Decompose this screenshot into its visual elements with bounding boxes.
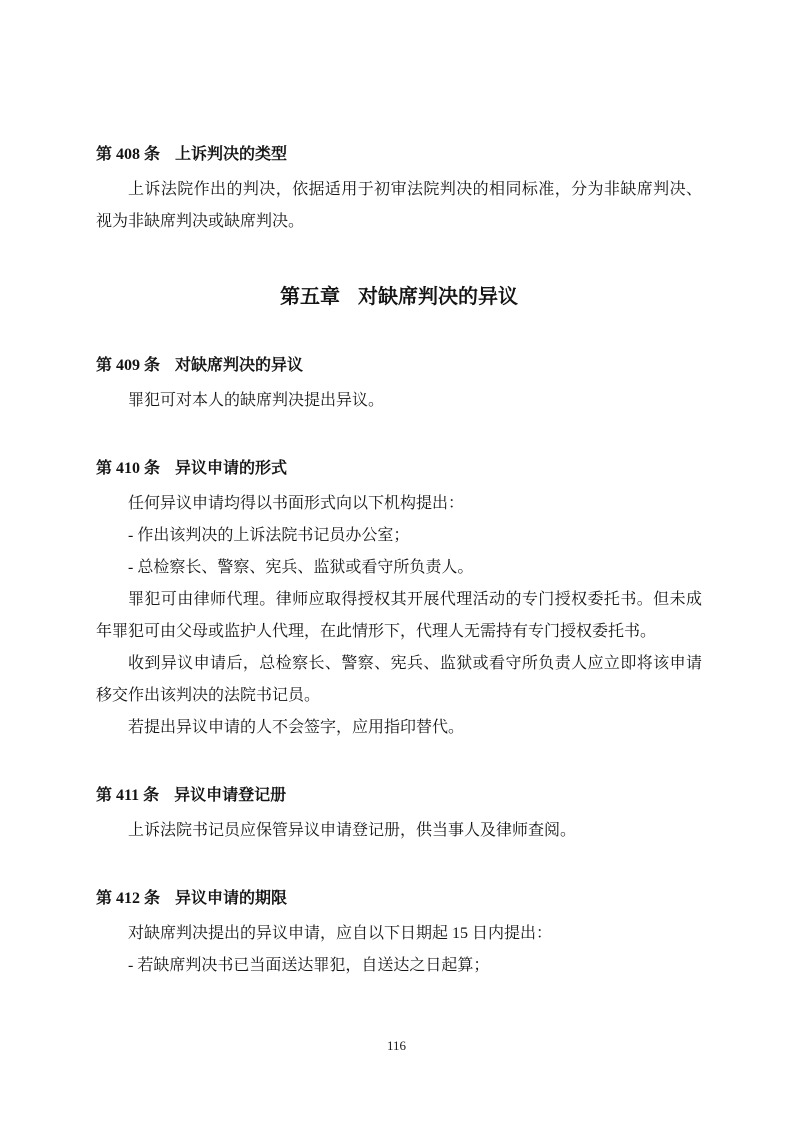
article-heading: 第 412 条 异议申请的期限	[96, 883, 702, 915]
paragraph-bullet: - 若缺席判决书已当面送达罪犯，自送达之日起算；	[96, 950, 702, 982]
article-number: 第 409 条	[96, 357, 160, 374]
article-number: 第 408 条	[96, 146, 160, 163]
article-heading: 第 411 条 异议申请登记册	[96, 780, 702, 812]
page-number: 116	[0, 1038, 793, 1054]
article-409: 第 409 条 对缺席判决的异议 罪犯可对本人的缺席判决提出异议。	[96, 350, 702, 417]
paragraph-bullet: - 总检察长、警察、宪兵、监狱或看守所负责人。	[96, 552, 702, 584]
paragraph: 收到异议申请后，总检察长、警察、宪兵、监狱或看守所负责人应立即将该申请移交作出该…	[96, 648, 702, 712]
paragraph: 对缺席判决提出的异议申请，应自以下日期起 15 日内提出：	[96, 918, 702, 950]
paragraph: 上诉法院作出的判决，依据适用于初审法院判决的相同标准，分为非缺席判决、视为非缺席…	[96, 174, 702, 238]
article-412: 第 412 条 异议申请的期限 对缺席判决提出的异议申请，应自以下日期起 15 …	[96, 883, 702, 982]
article-411: 第 411 条 异议申请登记册 上诉法院书记员应保管异议申请登记册，供当事人及律…	[96, 780, 702, 847]
article-heading: 第 409 条 对缺席判决的异议	[96, 350, 702, 382]
article-number: 第 410 条	[96, 460, 160, 477]
paragraph: 罪犯可由律师代理。律师应取得授权其开展代理活动的专门授权委托书。但未成年罪犯可由…	[96, 584, 702, 648]
article-heading: 第 410 条 异议申请的形式	[96, 453, 702, 485]
article-heading: 第 408 条 上诉判决的类型	[96, 139, 702, 171]
document-content: 第 408 条 上诉判决的类型 上诉法院作出的判决，依据适用于初审法院判决的相同…	[96, 139, 702, 982]
article-title: 异议申请的期限	[175, 890, 287, 907]
chapter-title: 对缺席判决的异议	[358, 286, 518, 308]
article-number: 第 411 条	[96, 787, 159, 804]
paragraph: 任何异议申请均得以书面形式向以下机构提出：	[96, 488, 702, 520]
paragraph: 罪犯可对本人的缺席判决提出异议。	[96, 385, 702, 417]
paragraph: 若提出异议申请的人不会签字，应用指印替代。	[96, 712, 702, 744]
article-title: 对缺席判决的异议	[175, 357, 303, 374]
article-title: 上诉判决的类型	[175, 146, 287, 163]
article-title: 异议申请的形式	[175, 460, 287, 477]
paragraph: 上诉法院书记员应保管异议申请登记册，供当事人及律师查阅。	[96, 815, 702, 847]
chapter-heading: 第五章 对缺席判决的异议	[96, 280, 702, 314]
article-410: 第 410 条 异议申请的形式 任何异议申请均得以书面形式向以下机构提出： - …	[96, 453, 702, 744]
chapter-number: 第五章	[280, 286, 340, 308]
article-408: 第 408 条 上诉判决的类型 上诉法院作出的判决，依据适用于初审法院判决的相同…	[96, 139, 702, 238]
document-page: 第 408 条 上诉判决的类型 上诉法院作出的判决，依据适用于初审法院判决的相同…	[0, 0, 793, 1122]
paragraph-bullet: - 作出该判决的上诉法院书记员办公室；	[96, 520, 702, 552]
article-title: 异议申请登记册	[174, 787, 286, 804]
article-number: 第 412 条	[96, 890, 160, 907]
